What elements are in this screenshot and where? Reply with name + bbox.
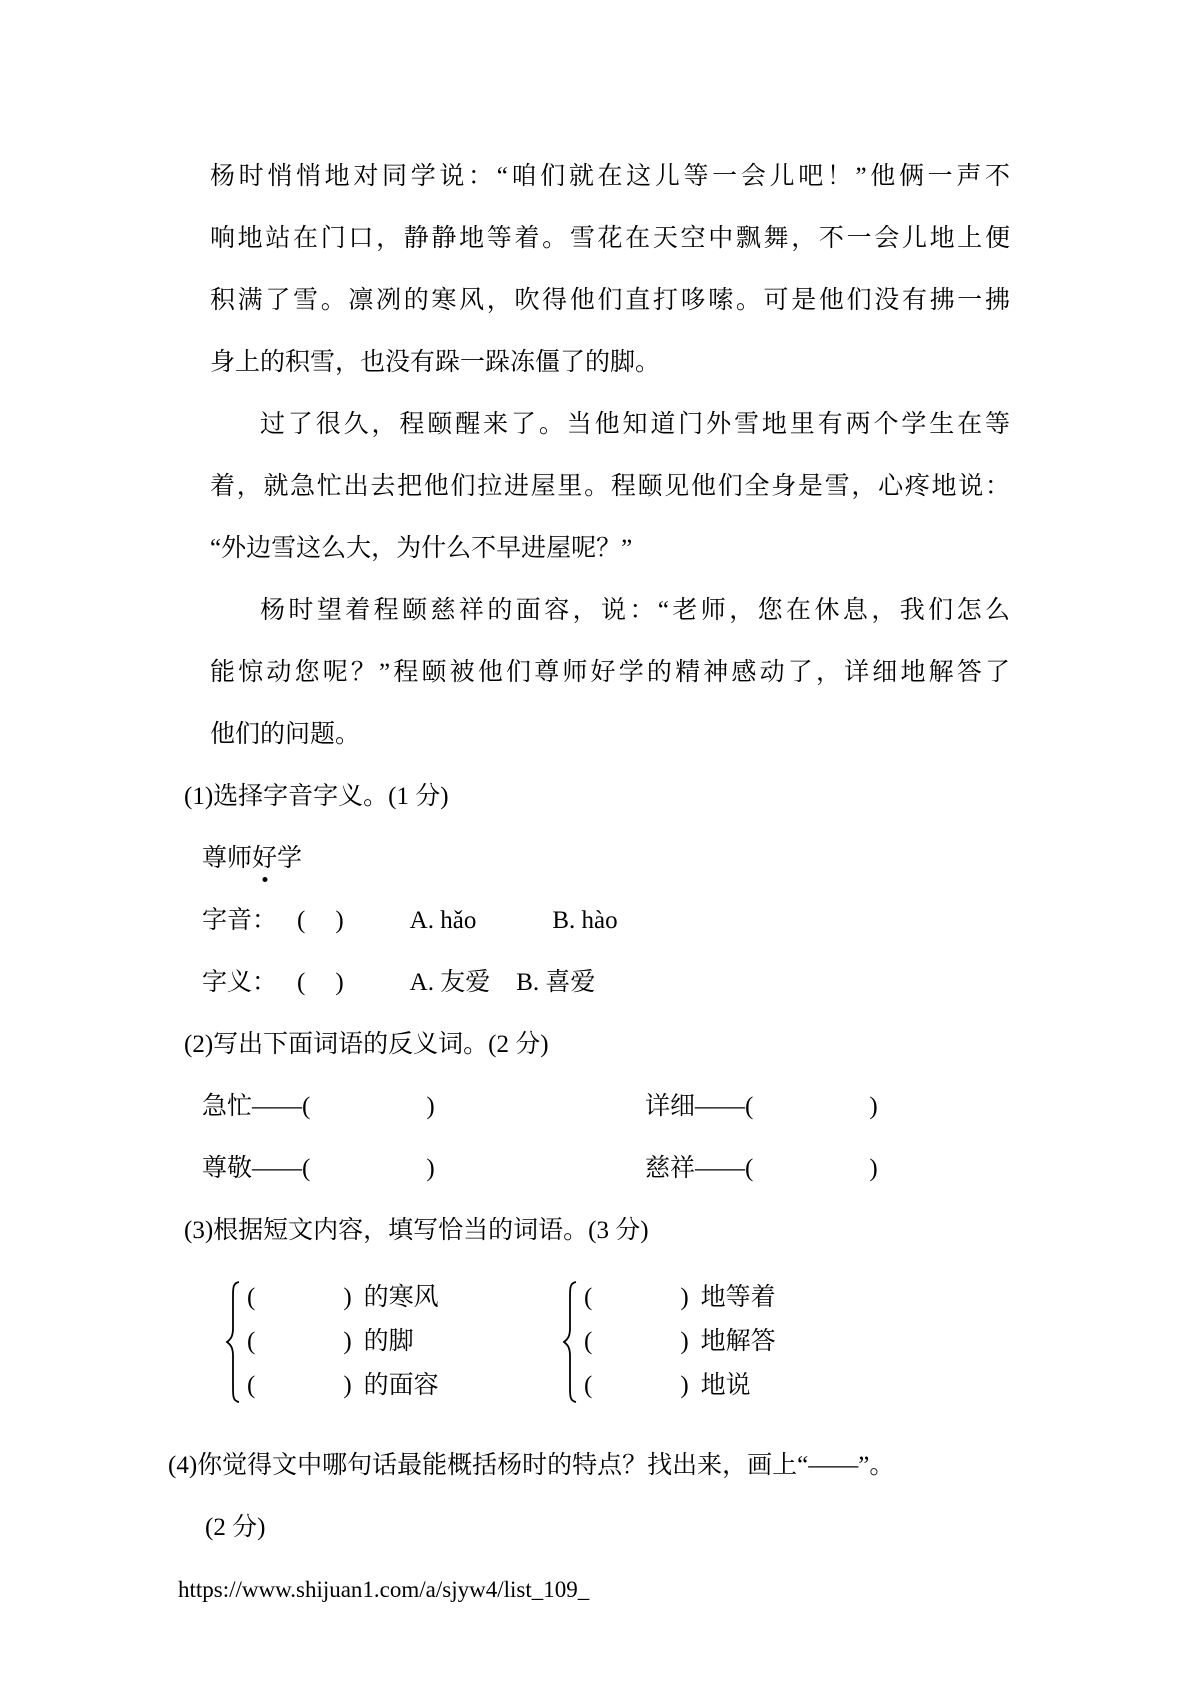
question-4-score: (2 分) [205,1497,1010,1559]
fill-in-row: ()地解答 [584,1320,776,1364]
paren-open: ( [247,1372,255,1399]
q3-left-rows: ()的寒风 ()的脚 ()的面容 [247,1276,439,1408]
fill-in-row: ()的脚 [247,1320,439,1364]
paren-open: ( [297,907,305,934]
antonym-word: 尊敬 [202,1155,252,1182]
passage-line: 着，就急忙出去把他们拉进屋里。程颐见他们全身是雪，心疼地说： [210,456,1010,518]
paren-open: ( [745,1093,753,1120]
fill-in-suffix: 地说 [701,1372,751,1399]
paren-close: ) [343,1328,351,1355]
word-emphasized-char: 好 [252,828,277,890]
fill-in-row: ()地等着 [584,1276,776,1320]
passage-line: 能惊动您呢？”程颐被他们尊师好学的精神感动了，详细地解答了 [210,642,1010,704]
question-2-title: (2)写出下面词语的反义词。(2 分) [184,1014,1010,1076]
passage-line: 他们的问题。 [210,704,1010,766]
answer-blank: () [745,1155,878,1182]
paren-close: ) [680,1372,688,1399]
fill-in-suffix: 地等着 [701,1284,776,1311]
fill-in-row: ()的面容 [247,1364,439,1408]
question-4-title: (4)你觉得文中哪句话最能概括杨时的特点？找出来，画上“——”。 [168,1435,1010,1497]
paren-open: ( [745,1155,753,1182]
dash: —— [252,1155,302,1182]
passage-line: 杨时悄悄地对同学说：“咱们就在这儿等一会儿吧！”他俩一声不 [210,146,1010,208]
option-b: B. 喜爱 [516,969,595,996]
paren-close: ) [426,1093,434,1120]
paren-close: ) [343,1372,351,1399]
passage-line: “外边雪这么大，为什么不早进屋呢？” [210,518,1010,580]
dash: —— [695,1155,745,1182]
paren-open: ( [302,1155,310,1182]
paren-close: ) [335,969,343,996]
q3-left-group: ()的寒风 ()的脚 ()的面容 [225,1276,439,1408]
question-3-title: (3)根据短文内容，填写恰当的词语。(3 分) [184,1200,1010,1262]
antonym-item: 尊敬——() [202,1155,435,1182]
word-prefix: 尊师 [202,845,252,872]
paren-open: ( [247,1284,255,1311]
passage-line: 积满了雪。凛冽的寒风，吹得他们直打哆嗦。可是他们没有拂一拂 [210,270,1010,332]
fill-in-suffix: 地解答 [701,1328,776,1355]
passage-line: 过了很久，程颐醒来了。当他知道门外雪地里有两个学生在等 [210,394,1010,456]
curly-brace-icon [562,1280,578,1404]
fill-in-suffix: 的脚 [364,1328,414,1355]
meaning-label: 字义： [202,969,277,996]
answer-blank: () [302,1155,435,1182]
footer-url: https://www.shijuan1.com/a/sjyw4/list_10… [178,1573,1010,1607]
q1-pronunciation-row: 字音：()A. hǎoB. hào [202,890,1010,952]
question-1-title: (1)选择字音字义。(1 分) [184,766,1010,828]
paren-open: ( [584,1372,592,1399]
passage-line: 身上的积雪，也没有跺一跺冻僵了的脚。 [210,332,1010,394]
q1-meaning-row: 字义：()A. 友爱B. 喜爱 [202,952,1010,1014]
pronunciation-label: 字音： [202,907,277,934]
antonym-item: 慈祥——() [645,1138,878,1200]
paren-close: ) [343,1284,351,1311]
antonym-item: 详细——() [645,1076,878,1138]
answer-blank: () [297,907,344,934]
paren-open: ( [297,969,305,996]
paren-close: ) [335,907,343,934]
q3-right-group: ()地等着 ()地解答 ()地说 [562,1276,776,1408]
q3-fill-in-groups: ()的寒风 ()的脚 ()的面容 ()地等着 ()地解答 ()地说 [210,1276,1010,1424]
paren-open: ( [584,1284,592,1311]
dash: —— [252,1093,302,1120]
paren-close: ) [680,1284,688,1311]
answer-blank: () [297,969,344,996]
antonym-word: 慈祥 [645,1155,695,1182]
fill-in-suffix: 的面容 [364,1372,439,1399]
antonym-word: 详细 [645,1093,695,1120]
paren-open: ( [584,1328,592,1355]
answer-blank: () [302,1093,435,1120]
paren-close: ) [869,1093,877,1120]
antonym-word: 急忙 [202,1093,252,1120]
option-b: B. hào [552,907,617,934]
fill-in-suffix: 的寒风 [364,1284,439,1311]
option-a: A. hǎo [410,907,477,934]
paren-close: ) [680,1328,688,1355]
fill-in-row: ()地说 [584,1364,776,1408]
q3-right-rows: ()地等着 ()地解答 ()地说 [584,1276,776,1408]
paren-close: ) [869,1155,877,1182]
fill-in-row: ()的寒风 [247,1276,439,1320]
antonym-row: 急忙——() 详细——() [202,1076,1010,1138]
q1-target-word: 尊师好学 [202,828,1010,890]
antonym-row: 尊敬——() 慈祥——() [202,1138,1010,1200]
answer-blank: () [745,1093,878,1120]
option-a: A. 友爱 [410,969,491,996]
document-page: 杨时悄悄地对同学说：“咱们就在这儿等一会儿吧！”他俩一声不 响地站在门口，静静地… [0,0,1191,1684]
word-suffix: 学 [277,845,302,872]
curly-brace-icon [225,1280,241,1404]
paren-close: ) [426,1155,434,1182]
antonym-item: 急忙——() [202,1093,435,1120]
paren-open: ( [302,1093,310,1120]
passage-line: 杨时望着程颐慈祥的面容，说：“老师，您在休息，我们怎么 [210,580,1010,642]
paren-open: ( [247,1328,255,1355]
passage-line: 响地站在门口，静静地等着。雪花在天空中飘舞，不一会儿地上便 [210,208,1010,270]
dash: —— [695,1093,745,1120]
test-paper-content: 杨时悄悄地对同学说：“咱们就在这儿等一会儿吧！”他俩一声不 响地站在门口，静静地… [210,146,1010,1607]
